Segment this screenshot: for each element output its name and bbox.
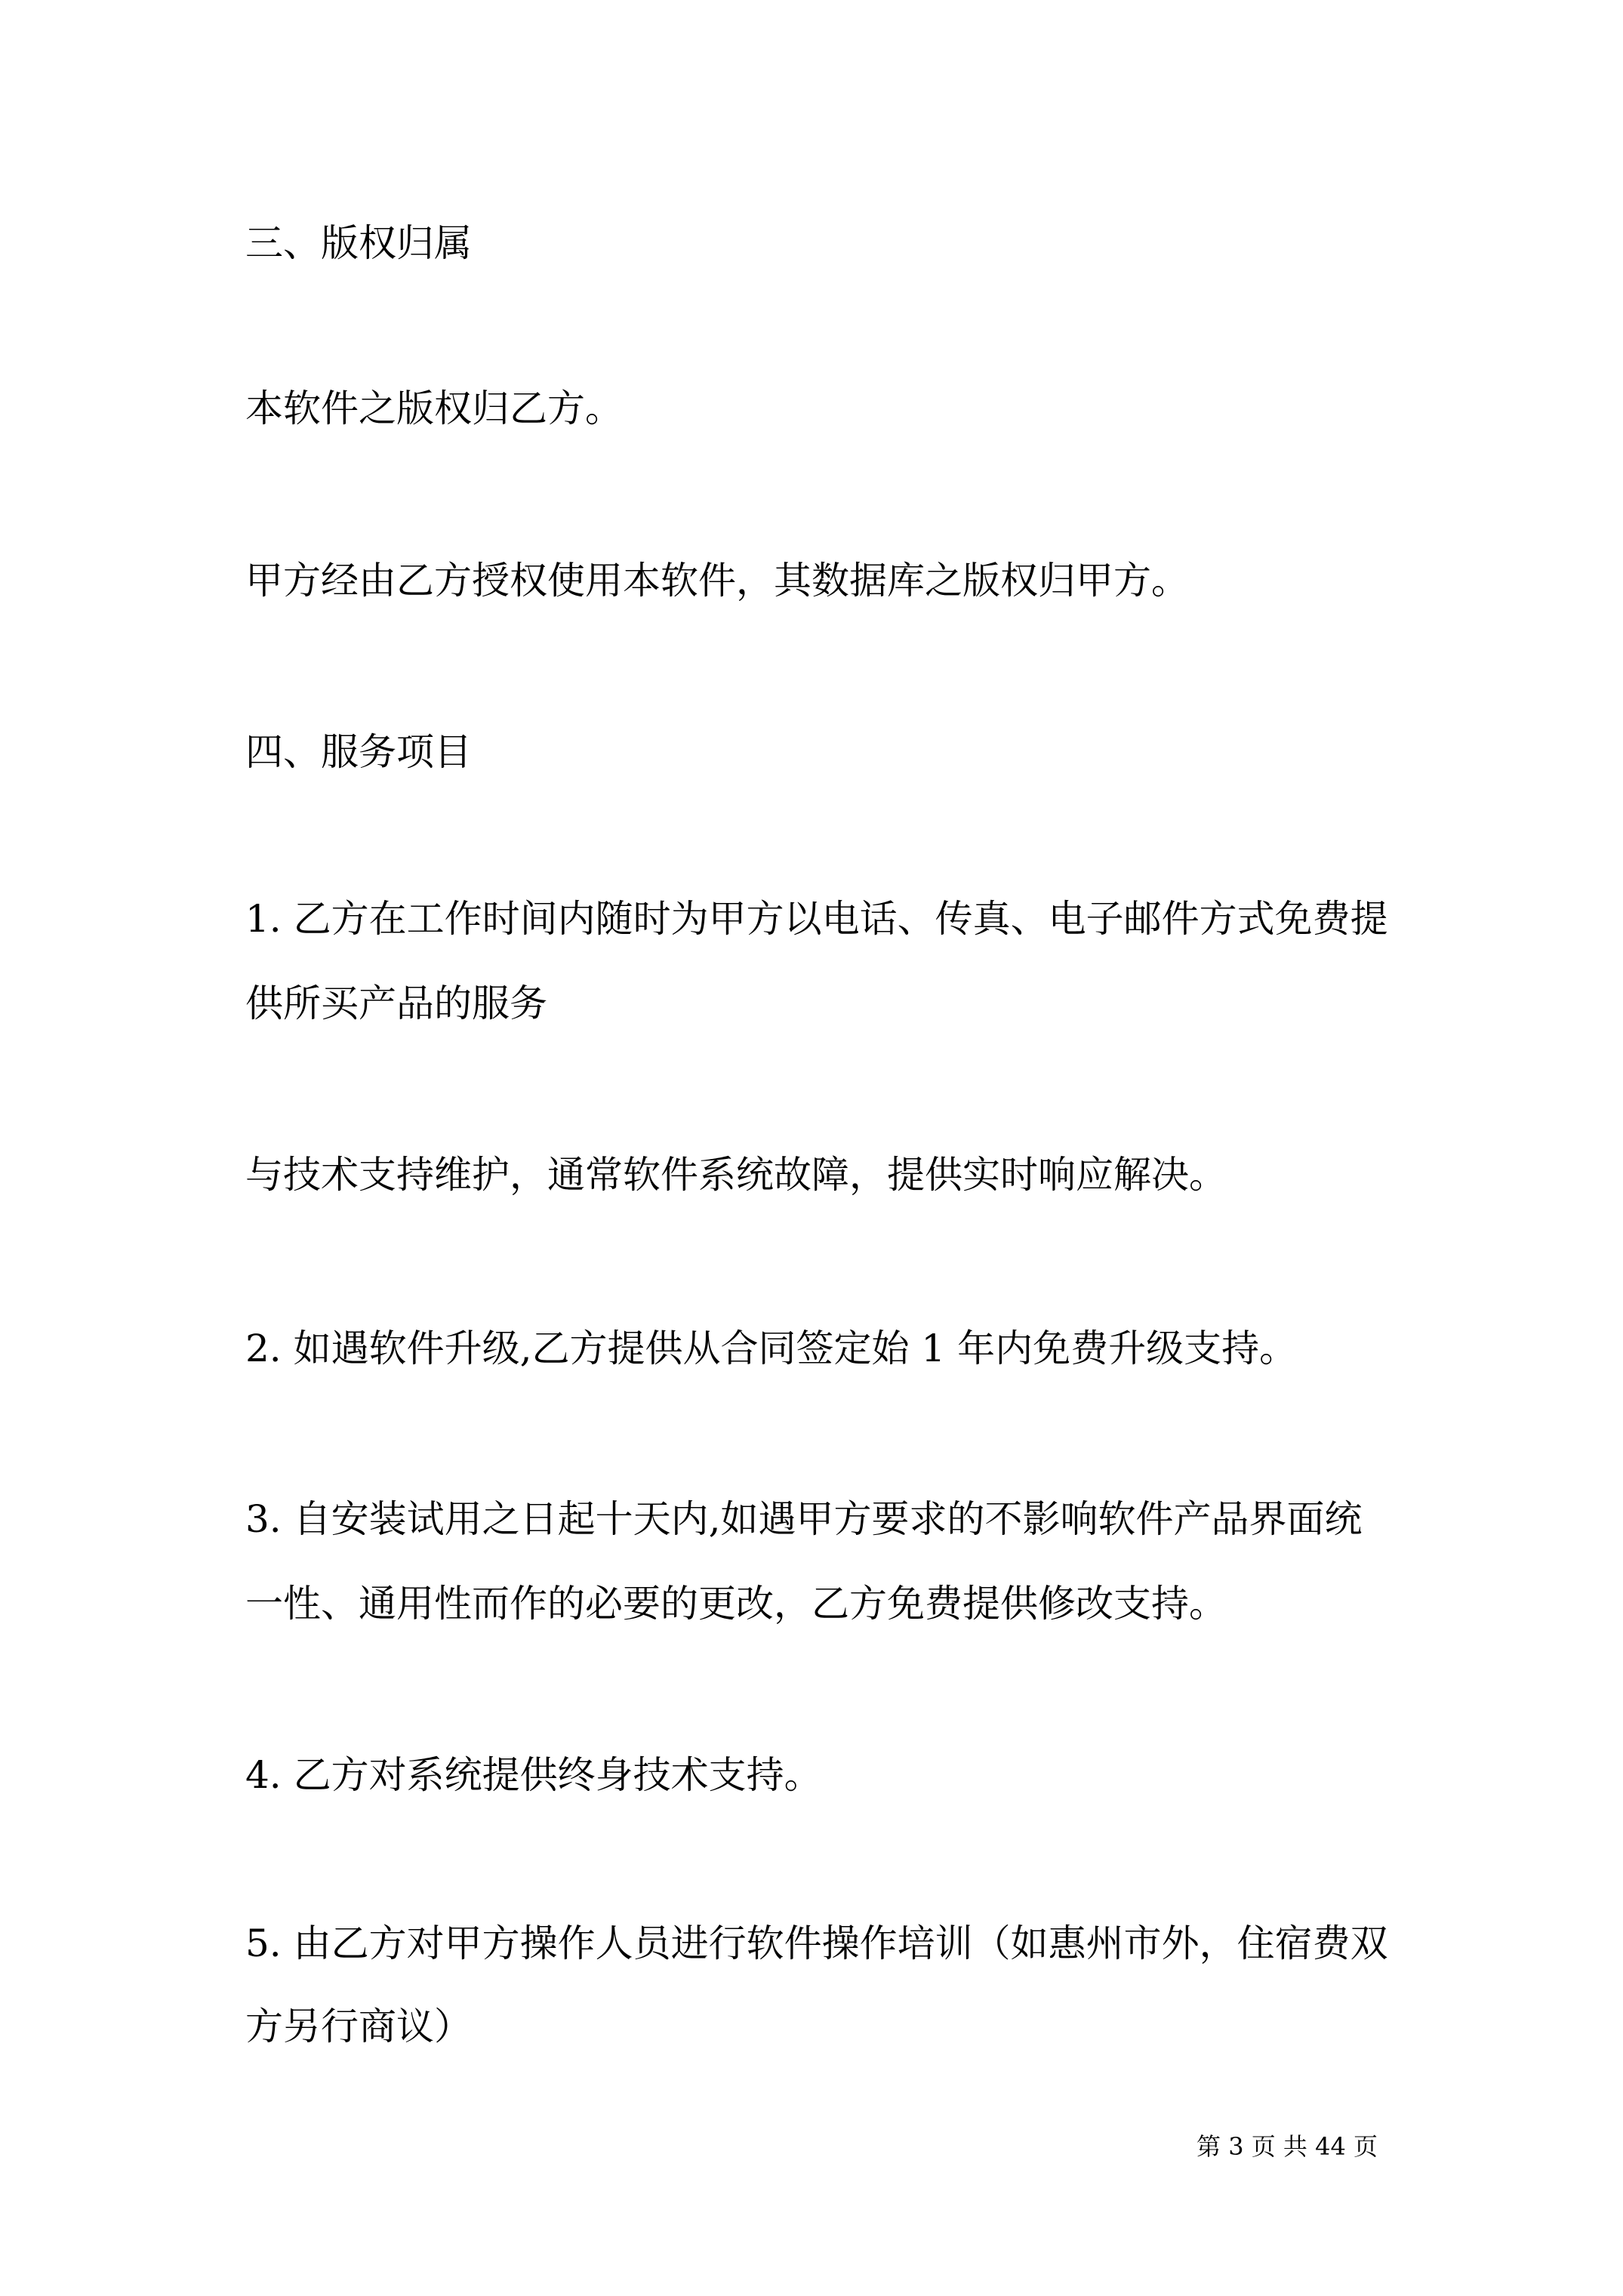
paragraph-item5-line1: 5. 由乙方对甲方操作人员进行软件操作培训（如惠州市外，住宿费双 xyxy=(245,1922,1378,1965)
section-heading-copyright: 三、版权归属 xyxy=(245,222,472,264)
paragraph-tech-support: 与技术支持维护，通常软件系统故障，提供实时响应解决。 xyxy=(245,1154,1227,1196)
paragraph-copyright-owner: 本软件之版权归乙方。 xyxy=(245,387,623,430)
document-page: 三、版权归属 本软件之版权归乙方。 甲方经由乙方授权使用本软件，其数据库之版权归… xyxy=(0,0,1623,2296)
paragraph-item3-line1: 3. 自安装试用之日起十天内,如遇甲方要求的不影响软件产品界面统 xyxy=(245,1498,1363,1540)
paragraph-item4-lifetime: 4. 乙方对系统提供终身技术支持。 xyxy=(245,1754,822,1796)
paragraph-database-copyright: 甲方经由乙方授权使用本软件，其数据库之版权归甲方。 xyxy=(245,559,1189,602)
paragraph-item1-line1: 1. 乙方在工作时间内随时为甲方以电话、传真、电子邮件方式免费提 xyxy=(245,898,1378,940)
paragraph-item3-line2: 一性、通用性而作的必要的更改，乙方免费提供修改支持。 xyxy=(245,1583,1227,1625)
section-heading-services: 四、服务项目 xyxy=(245,731,472,773)
paragraph-item5-line2: 方另行商议） xyxy=(245,2005,472,2048)
paragraph-item1-line2: 供所买产品的服务 xyxy=(245,982,547,1025)
page-footer: 第 3 页 共 44 页 xyxy=(245,2133,1378,2160)
paragraph-item2-upgrade: 2. 如遇软件升级,乙方提供从合同签定始 1 年内免费升级支持。 xyxy=(245,1327,1297,1370)
